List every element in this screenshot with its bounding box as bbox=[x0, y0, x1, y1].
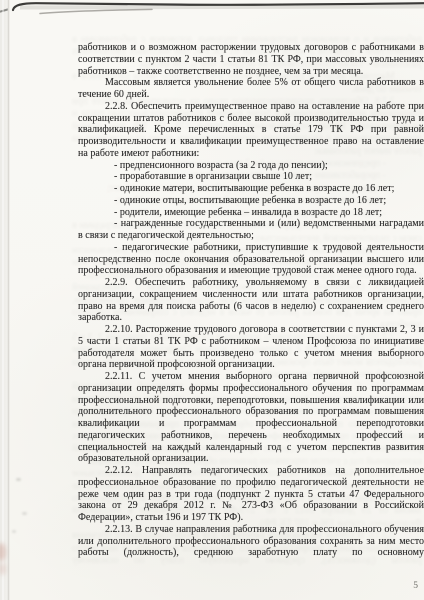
list-item: - предпенсионного возраста (за 2 года до… bbox=[78, 160, 424, 172]
text-block: работников и о возможном расторжении тру… bbox=[78, 42, 424, 559]
list-item: - проработавшие в организации свыше 10 л… bbox=[78, 171, 424, 183]
paragraph: 2.2.12. Направлять педагогических работн… bbox=[78, 465, 424, 524]
paragraph: Массовым является увольнение более 5% от… bbox=[78, 77, 424, 101]
paragraph: 2.2.10. Расторжение трудового договора в… bbox=[78, 324, 424, 371]
list-item: - одинокие отцы, воспитывающие ребенка в… bbox=[78, 195, 424, 207]
list-item: - одинокие матери, воспитывающие ребенка… bbox=[78, 183, 424, 195]
paragraph: работников и о возможном расторжении тру… bbox=[78, 42, 424, 77]
list-item: - родители, имеющие ребенка – инвалида в… bbox=[78, 207, 424, 219]
paragraph: 2.2.13. В случае направления работника д… bbox=[78, 524, 424, 559]
scan-left-margin bbox=[0, 0, 9, 600]
paragraph: 2.2.11. С учетом мнения выборного органа… bbox=[78, 371, 424, 465]
list-item: - педагогические работники, приступившие… bbox=[78, 242, 424, 277]
paragraph: 2.2.8. Обеспечить преимущественное право… bbox=[78, 101, 424, 160]
paragraph: 2.2.9. Обеспечить работнику, увольняемом… bbox=[78, 277, 424, 324]
scanned-document-page: работников и о возможном расторжении тру… bbox=[0, 0, 424, 600]
page-number: 5 bbox=[413, 581, 418, 591]
list-item: - награжденные государственными и (или) … bbox=[78, 218, 424, 242]
